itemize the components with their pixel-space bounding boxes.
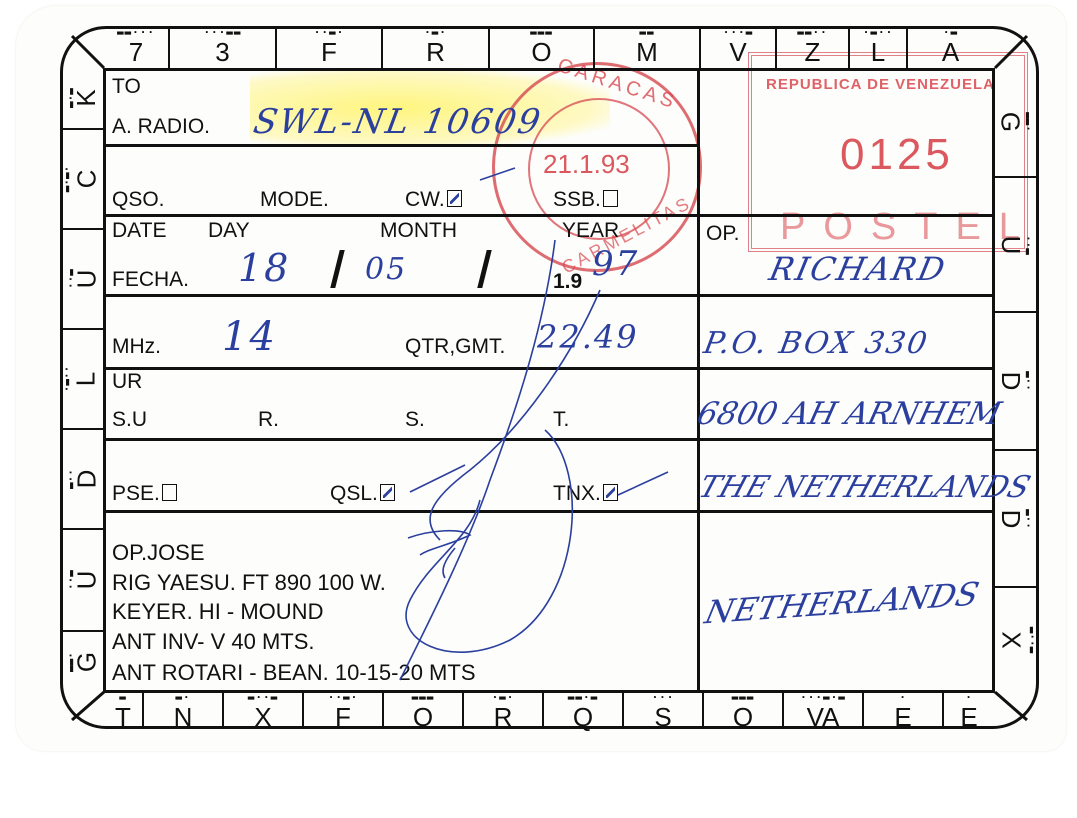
month-value: 05: [365, 252, 407, 287]
column-divider: [697, 68, 700, 693]
year-value: 97: [592, 244, 639, 284]
mode-label: MODE.: [260, 188, 329, 212]
row-line: [104, 294, 992, 297]
year-prefix: 1.9: [553, 270, 582, 294]
border-cell-right: U··▬: [995, 178, 1037, 313]
border-cell-top: ···▬▬3: [170, 28, 277, 68]
pse-checkbox[interactable]: [162, 484, 177, 501]
border-cell-top: ▬▬▬O: [490, 28, 595, 68]
tnx-option[interactable]: TNX.: [553, 482, 618, 506]
station-antenna-1: ANT INV- V 40 MTS.: [112, 629, 315, 655]
month-label: MONTH: [380, 219, 457, 243]
r-label: R.: [258, 408, 279, 432]
fecha-label: FECHA.: [112, 268, 189, 292]
border-cell-bottom: ···▬·▬VA: [784, 693, 864, 729]
ur-label: UR: [112, 370, 142, 394]
t-label: T.: [553, 408, 569, 432]
border-cell-top: ·▬A: [908, 28, 993, 68]
radio-label: A. RADIO.: [112, 115, 210, 139]
border-cell-left: L·▬··: [62, 330, 104, 430]
address-line-3: THE NETHERLANDS: [694, 470, 1034, 505]
border-cell-top: ▬▬··Z: [777, 28, 850, 68]
border-cell-bottom: ▬▬▬O: [704, 693, 784, 729]
qsl-option[interactable]: QSL.: [330, 482, 395, 506]
station-keyer: KEYER. HI - MOUND: [112, 599, 323, 625]
qso-label: QSO.: [112, 188, 165, 212]
border-cell-right: D▬··: [995, 313, 1037, 451]
border-cell-left: U··▬: [62, 530, 104, 632]
border-cell-right: G▬▬·: [995, 68, 1037, 178]
border-cell-left: K▬·▬: [62, 68, 104, 130]
cw-option[interactable]: CW.: [405, 188, 462, 212]
border-cell-bottom: ▬T: [104, 693, 144, 729]
mhz-label: MHz.: [112, 335, 161, 359]
border-cell-bottom: ·▬·R: [464, 693, 544, 729]
ssb-option[interactable]: SSB.: [553, 188, 618, 212]
tnx-checkbox[interactable]: [603, 484, 618, 501]
border-cell-top: ·▬··L: [850, 28, 908, 68]
border-cell-left: U··▬: [62, 230, 104, 330]
border-cell-bottom: ··▬·F: [304, 693, 384, 729]
station-rig: RIG YAESU. FT 890 100 W.: [112, 570, 386, 596]
border-cell-right: X▬··▬: [995, 588, 1037, 692]
cw-checkbox[interactable]: [447, 190, 462, 207]
qsl-checkbox[interactable]: [380, 484, 395, 501]
station-operator: OP.JOSE: [112, 540, 205, 566]
to-label: TO: [112, 75, 141, 99]
border-cell-top: ▬▬M: [595, 28, 701, 68]
op-value: RICHARD: [766, 250, 950, 288]
address-line-2: 6800 AH ARNHEM: [694, 396, 1005, 432]
border-cell-bottom: ▬▬▬O: [384, 693, 464, 729]
station-antenna-2: ANT ROTARI - BEAN. 10-15-20 MTS: [112, 660, 476, 686]
row-line: [104, 144, 698, 147]
day-value: 18: [238, 246, 290, 290]
border-cell-left: G▬▬·: [62, 632, 104, 692]
s-label: S.: [405, 408, 425, 432]
border-cell-bottom: ▬··▬X: [224, 693, 304, 729]
border-cell-top: ·▬·R: [383, 28, 490, 68]
border-cell-top: ▬▬···7: [104, 28, 170, 68]
border-cell-bottom: ·E: [944, 693, 994, 729]
border-cell-bottom: ·E: [864, 693, 944, 729]
qtr-gmt-value: 22.49: [537, 318, 639, 356]
border-cell-left: C▬·▬·: [62, 130, 104, 230]
row-line: [104, 438, 992, 441]
ssb-checkbox[interactable]: [603, 190, 618, 207]
year-label: YEAR: [562, 219, 619, 243]
mhz-value: 14: [222, 314, 277, 360]
row-line: [104, 510, 992, 513]
op-label: OP.: [706, 222, 739, 246]
su-label: S.U: [112, 408, 147, 432]
qtr-gmt-label: QTR,GMT.: [405, 335, 505, 359]
border-cell-bottom: ▬·N: [144, 693, 224, 729]
pse-option[interactable]: PSE.: [112, 482, 177, 506]
inner-top-line: [104, 68, 995, 71]
date-label: DATE: [112, 219, 166, 243]
border-cell-bottom: ▬▬·▬Q: [544, 693, 624, 729]
address-line-1: P.O. BOX 330: [701, 326, 932, 361]
row-line: [104, 214, 992, 217]
radio-callsign-value: SWL-NL 10609: [250, 102, 545, 142]
day-label: DAY: [208, 219, 250, 243]
border-cell-bottom: ···S: [624, 693, 704, 729]
border-cell-left: D▬··: [62, 430, 104, 530]
border-cell-top: ··▬·F: [277, 28, 383, 68]
row-line: [104, 367, 992, 370]
border-cell-top: ···▬V: [701, 28, 777, 68]
